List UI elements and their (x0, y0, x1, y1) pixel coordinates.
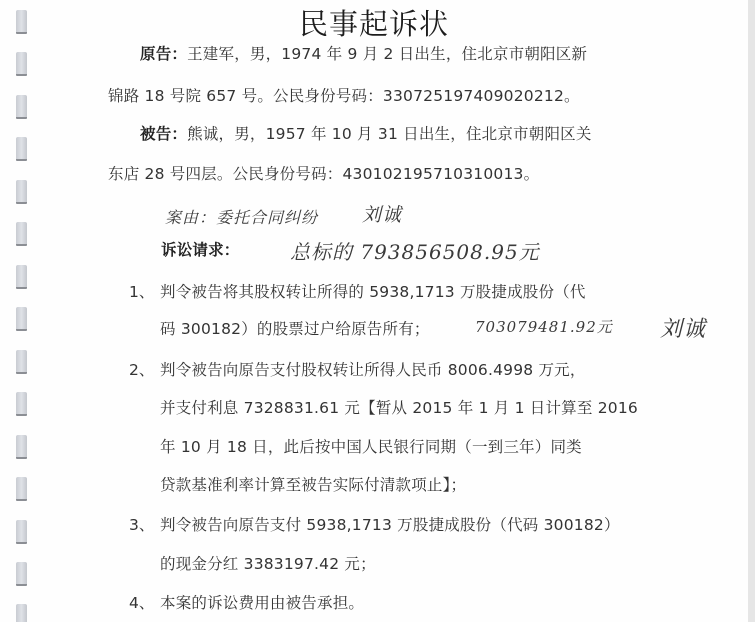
binding-tab-icon (16, 137, 27, 161)
claim-1-line-2: 码 300182）的股票过户给原告所有； (160, 317, 430, 339)
claim-number: 4、 (129, 591, 154, 613)
plaintiff-details: 王建军，男，1974 年 9 月 2 日出生，住北京市朝阳区新 (187, 45, 587, 63)
claim-2-line-4: 贷款基准利率计算至被告实际付清款项止】； (160, 473, 466, 495)
document-title: 民事起诉状 (0, 2, 748, 43)
binding-tab-icon (16, 307, 27, 331)
binding-tab-icon (16, 392, 27, 416)
plaintiff-line-2: 锦路 18 号院 657 号。公民身份号码：330725197409020212… (108, 84, 580, 106)
claim-number: 2、 (129, 358, 154, 380)
claim-number: 3、 (129, 513, 154, 535)
handwritten-initials: 刘诚 (362, 200, 402, 227)
binding-tab-icon (16, 265, 27, 289)
handwritten-total-amount: 总标的 793856508.95元 (290, 236, 540, 265)
binding-tab-icon (16, 222, 27, 246)
defendant-line-2: 东店 28 号四层。公民身份号码：430102195710310013。 (108, 162, 539, 184)
claims-label: 诉讼请求： (161, 238, 240, 260)
binding-tab-icon (16, 180, 27, 204)
binding-tab-icon (16, 52, 27, 76)
claim-2-line-2: 并支付利息 7328831.61 元【暂从 2015 年 1 月 1 日计算至 … (160, 396, 638, 418)
binding-tab-icon (16, 562, 27, 586)
plaintiff-line-1: 原告：王建军，男，1974 年 9 月 2 日出生，住北京市朝阳区新 (140, 42, 587, 64)
claim-3-line-2: 的现金分红 3383197.42 元； (160, 552, 376, 574)
binding-tab-icon (16, 477, 27, 501)
binding-tab-icon (16, 95, 27, 119)
claim-2-line-1: 判令被告向原告支付股权转让所得人民币 8006.4998 万元， (160, 358, 586, 380)
defendant-line-1: 被告：熊诚，男，1957 年 10 月 31 日出生，住北京市朝阳区关 (140, 122, 592, 144)
claim-2-line-3: 年 10 月 18 日，此后按中国人民银行同期（一到三年）同类 (160, 435, 582, 457)
handwritten-claim1-amount: 703079481.92元 (475, 316, 613, 337)
plaintiff-label: 原告： (140, 45, 187, 63)
binding-tab-icon (16, 435, 27, 459)
claim-number: 1、 (129, 280, 154, 302)
handwritten-initials: 刘诚 (660, 312, 706, 343)
binding-tab-icon (16, 520, 27, 544)
claim-1-line-1: 判令被告将其股权转让所得的 5938,1713 万股捷成股份（代 (160, 280, 586, 302)
defendant-label: 被告： (140, 125, 187, 143)
document-page: 民事起诉状 原告：王建军，男，1974 年 9 月 2 日出生，住北京市朝阳区新… (0, 0, 748, 622)
claim-3-line-1: 判令被告向原告支付 5938,1713 万股捷成股份（代码 300182） (160, 513, 620, 535)
claim-4-line-1: 本案的诉讼费用由被告承担。 (160, 591, 364, 613)
page-edge (748, 0, 755, 622)
handwritten-case-cause: 案由：委托合同纠纷 (165, 205, 318, 228)
binding-tab-icon (16, 604, 27, 622)
defendant-details: 熊诚，男，1957 年 10 月 31 日出生，住北京市朝阳区关 (187, 125, 591, 143)
binding-tab-icon (16, 350, 27, 374)
